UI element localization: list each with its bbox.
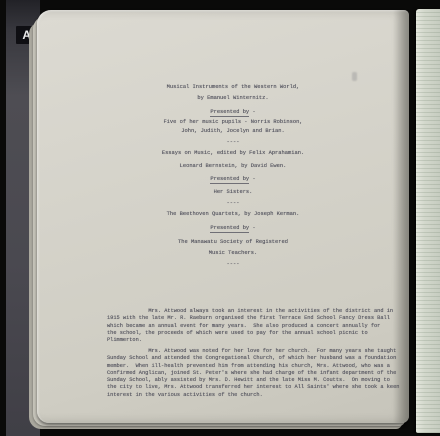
presenters-1-line-1: Five of her music pupils - Norris Robins…: [113, 119, 353, 126]
presenters-1-line-2: John, Judith, Jocelyn and Brian.: [113, 128, 353, 135]
separator-3: ----: [113, 261, 353, 268]
book-title-1-line-1: Musical Instruments of the Western World…: [113, 84, 353, 91]
presented-by-3-label: Presented by: [210, 225, 249, 233]
biography-paragraph-1: Mrs. Attwood always took an interest in …: [107, 308, 407, 344]
right-page-edge: [416, 9, 440, 433]
book-title-3: Leonard Bernstein, by David Ewen.: [113, 163, 353, 170]
book-title-4: The Beethoven Quartets, by Joseph Kerman…: [113, 211, 353, 218]
book-title-1-line-2: by Emanuel Winternitz.: [113, 95, 353, 102]
biography-paragraph-2: Mrs. Attwood was noted for her love for …: [107, 348, 407, 399]
presented-by-2-dash: -: [249, 176, 255, 182]
presented-by-2: Presented by -: [113, 176, 353, 183]
presented-by-1-label: Presented by: [210, 109, 249, 117]
smudge-mark: [352, 72, 357, 81]
presented-by-3: Presented by -: [113, 225, 353, 232]
presented-by-1: Presented by -: [113, 109, 353, 116]
presented-by-1-dash: -: [249, 109, 255, 115]
album-photo: A Musical Instruments of the Western Wor…: [0, 0, 440, 436]
presented-by-3-dash: -: [249, 225, 255, 231]
book-title-2: Essays on Music, edited by Felix Apraham…: [113, 150, 353, 157]
page-gutter-shade: [393, 10, 409, 423]
presenters-3-line-1: The Manawatu Society of Registered: [113, 239, 353, 246]
separator-1: ----: [113, 139, 353, 146]
presenters-3-line-2: Music Teachers.: [113, 250, 353, 257]
presenters-2: Her Sisters.: [113, 189, 353, 196]
separator-2: ----: [113, 200, 353, 207]
presented-by-2-label: Presented by: [210, 176, 249, 184]
album-page: Musical Instruments of the Western World…: [37, 10, 409, 423]
